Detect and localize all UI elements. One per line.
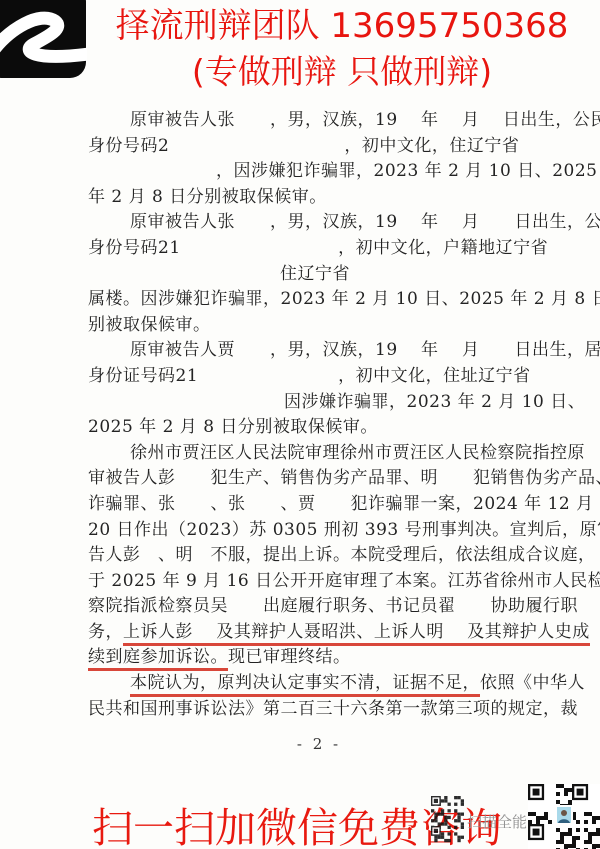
- doc-line: 原审被告人张 ，男，汉族，19 年 月 日出生，公民: [88, 108, 554, 134]
- doc-line: 本院认为，原判决认定事实不清，证据不足，依照《中华人: [88, 671, 554, 697]
- red-underlined-text: 本院认为，原判决认定事实不清，证据不足，: [130, 673, 480, 697]
- doc-line: 诈骗罪、张 、张 、贾 犯诈骗罪一案，2024 年 12 月: [88, 492, 554, 518]
- doc-line: 20 日作出（2023）苏 0305 刑初 393 号刑事判决。宣判后，原审被: [88, 518, 554, 544]
- doc-text: 2025 年 2 月 8 日分别被取保候审。: [88, 417, 378, 437]
- doc-text: 务，: [88, 622, 123, 642]
- doc-line: 告人彭 、明 不服，提出上诉。本院受理后，依法组成合议庭，: [88, 543, 554, 569]
- doc-line: 察院指派检察员吴 出庭履行职务、书记员翟 协助履行职: [88, 594, 554, 620]
- doc-line: 原审被告人张 ，男，汉族，19 年 月 日出生，公民: [88, 210, 554, 236]
- doc-line: 续到庭参加诉讼。现已审理终结。: [88, 645, 554, 671]
- doc-line: 身份号码2 ，初中文化，住辽宁省: [88, 134, 554, 160]
- doc-text: 审被告人彭 犯生产、销售伪劣产品罪、明 犯销售伪劣产品、: [88, 468, 600, 488]
- doc-line: 因涉嫌诈骗罪，2023 年 2 月 10 日、: [88, 390, 554, 416]
- doc-line: 务，上诉人彭 及其辩护人聂昭洪、上诉人明 及其辩护人史成: [88, 620, 554, 646]
- doc-text: 诈骗罪、张 、张 、贾 犯诈骗罪一案，2024 年 12 月: [88, 494, 594, 514]
- doc-line: ，因涉嫌犯诈骗罪，2023 年 2 月 10 日、2025: [88, 159, 554, 185]
- scanner-watermark-text: 扫描全能: [467, 811, 527, 832]
- doc-line: 属楼。因涉嫌犯诈骗罪，2023 年 2 月 10 日、2025 年 2 月 8 …: [88, 287, 554, 313]
- doc-line: 徐州市贾汪区人民法院审理徐州市贾汪区人民检察院指控原: [88, 441, 554, 467]
- ad-slogan-line: (专做刑辩 只做刑辩): [88, 49, 596, 94]
- doc-text: 原审被告人张 ，男，汉族，19 年 月 日出生，公民: [130, 110, 600, 130]
- doc-text: 原审被告人张 ，男，汉族，19 年 月 日出生，公民: [130, 212, 600, 232]
- document-body: 原审被告人张 ，男，汉族，19 年 月 日出生，公民身份号码2 ，初中文化，住辽…: [88, 108, 554, 722]
- doc-line: 2025 年 2 月 8 日分别被取保候审。: [88, 415, 554, 441]
- doc-text: 年 2 月 8 日分别被取保候审。: [88, 187, 327, 207]
- scanned-court-document-page: 择流刑辩团队 13695750368 (专做刑辩 只做刑辩) 原审被告人张 ，男…: [0, 0, 600, 849]
- doc-text: 住辽宁省: [280, 264, 350, 284]
- page-number: - 2 -: [88, 735, 550, 753]
- doc-text: 属楼。因涉嫌犯诈骗罪，2023 年 2 月 10 日、2025 年 2 月 8 …: [88, 289, 600, 309]
- red-underlined-text: 上诉人彭 及其辩护人聂昭洪、上诉人明 及其辩护人史成: [123, 622, 590, 646]
- doc-text: ，因涉嫌犯诈骗罪，2023 年 2 月 10 日、2025: [216, 161, 598, 181]
- ad-team-phone-line: 择流刑辩团队 13695750368: [88, 4, 596, 49]
- doc-text: 于 2025 年 9 月 16 日公开开庭审理了本案。江苏省徐州市人民检: [88, 571, 600, 591]
- doc-line: 原审被告人贾 ，男，汉族，19 年 月 日出生，居民: [88, 338, 554, 364]
- doc-text: 徐州市贾汪区人民法院审理徐州市贾汪区人民检察院指控原: [130, 443, 585, 463]
- doc-text: 察院指派检察员吴 出庭履行职务、书记员翟 协助履行职: [88, 596, 578, 616]
- doc-line: 年 2 月 8 日分别被取保候审。: [88, 185, 554, 211]
- doc-line: 民共和国刑事诉讼法》第二百三十六条第一款第三项的规定，裁: [88, 697, 554, 723]
- doc-text: 身份号码21 ，初中文化，户籍地辽宁省: [88, 238, 548, 258]
- doc-text: 原审被告人贾 ，男，汉族，19 年 月 日出生，居民: [130, 340, 600, 360]
- doc-line: 身份号码21 ，初中文化，户籍地辽宁省: [88, 236, 554, 262]
- doc-text: 民共和国刑事诉讼法》第二百三十六条第一款第三项的规定，裁: [88, 699, 578, 719]
- doc-text: 身份证号码21 ，初中文化，住址辽宁省: [88, 366, 531, 386]
- ad-header: 择流刑辩团队 13695750368 (专做刑辩 只做刑辩): [88, 4, 596, 94]
- wechat-qr-code-icon: [528, 784, 600, 849]
- small-qr-code-icon: [431, 796, 464, 843]
- stream-curve-logo-icon: [0, 0, 87, 80]
- doc-text: 现已审理终结。: [228, 647, 351, 667]
- doc-line: 别被取保候审。: [88, 313, 554, 339]
- doc-text: 20 日作出（2023）苏 0305 刑初 393 号刑事判决。宣判后，原审被: [88, 520, 600, 540]
- doc-line: 住辽宁省: [88, 262, 554, 288]
- doc-text: 身份号码2 ，初中文化，住辽宁省: [88, 136, 519, 156]
- doc-line: 身份证号码21 ，初中文化，住址辽宁省: [88, 364, 554, 390]
- doc-line: 于 2025 年 9 月 16 日公开开庭审理了本案。江苏省徐州市人民检: [88, 569, 554, 595]
- doc-text: 依照《中华人: [480, 673, 585, 693]
- doc-text: 因涉嫌诈骗罪，2023 年 2 月 10 日、: [284, 392, 585, 412]
- red-underlined-text: 续到庭参加诉讼。: [88, 647, 228, 671]
- doc-line: 审被告人彭 犯生产、销售伪劣产品罪、明 犯销售伪劣产品、: [88, 466, 554, 492]
- doc-text: 别被取保候审。: [88, 315, 211, 335]
- doc-text: 告人彭 、明 不服，提出上诉。本院受理后，依法组成合议庭，: [88, 545, 596, 565]
